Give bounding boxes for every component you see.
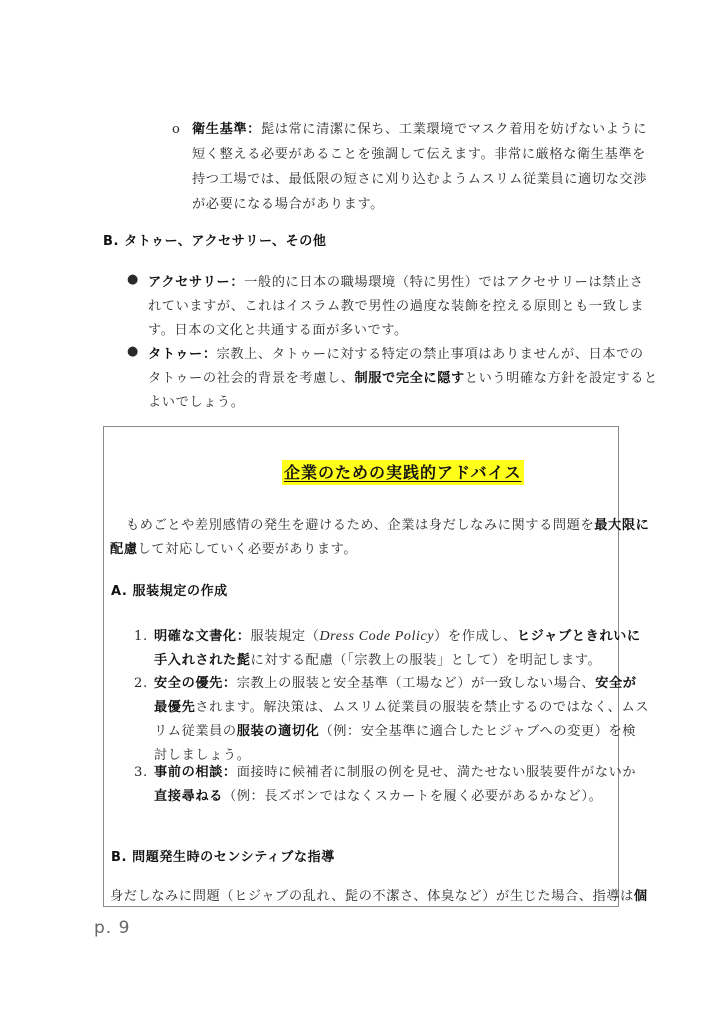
tattoo-line-2: タトゥーの社会的背景を考慮し、制服で完全に隠すという明確な方針を設定すると xyxy=(148,367,658,391)
italic-text: Dress Code Policy xyxy=(319,629,434,644)
emphasis: 最優先 xyxy=(154,700,195,715)
advice-section-b-line: 身だしなみに問題（ヒジャブの乱れ、髭の不潔さ、体臭など）が生じた場合、指導は個 xyxy=(110,885,648,909)
accessory-line-1: アクセサリー：一般的に日本の職場環境（特に男性）ではアクセサリーは禁止さ xyxy=(148,271,644,295)
item-label: 事前の相談： xyxy=(154,765,237,780)
item-1-line-2: 手入れされた髭に対する配慮（「宗教上の服装」として）を明記します。 xyxy=(154,649,601,673)
emphasis: 直接尋ねる xyxy=(154,789,223,804)
item-2-line-1: 安全の優先：宗教上の服装と安全基準（工場など）が一致しない場合、安全が xyxy=(154,672,637,696)
text: されます。解決策は、ムスリム従業員の服装を禁止するのではなく、ムス xyxy=(195,700,649,715)
emphasis: 手入れされた髭 xyxy=(154,653,251,668)
hollow-bullet-icon: o xyxy=(172,122,180,137)
emphasis: 配慮 xyxy=(110,542,138,557)
accessory-line-2: れていますが、これはイスラム教で男性の過度な装飾を控える原則とも一致しま xyxy=(148,295,644,319)
hygiene-line-4: が必要になる場合があります。 xyxy=(192,193,384,217)
item-label: 安全の優先： xyxy=(154,676,237,691)
text: 服装規定（ xyxy=(251,629,320,644)
accessory-label: アクセサリー： xyxy=(148,275,244,290)
text: （例：長ズボンではなくスカートを履く必要があるかなど）。 xyxy=(223,789,602,804)
text: タトゥーの社会的背景を考慮し、 xyxy=(148,371,354,386)
item-1-number: 1. xyxy=(134,625,148,649)
text: ）を作成し、 xyxy=(434,629,517,644)
text: 一般的に日本の職場環境（特に男性）ではアクセサリーは禁止さ xyxy=(244,275,643,290)
text: もめごとや差別感情の発生を避けるため、企業は身だしなみに関する問題を xyxy=(126,518,594,533)
advice-intro-line-1: もめごとや差別感情の発生を避けるため、企業は身だしなみに関する問題を最大限に xyxy=(126,514,649,538)
item-3-line-2: 直接尋ねる（例：長ズボンではなくスカートを履く必要があるかなど）。 xyxy=(154,785,602,809)
item-2-line-3: リム従業員の服装の適切化（例：安全基準に適合したヒジャブへの変更）を検 xyxy=(154,720,636,744)
text: リム従業員の xyxy=(154,724,237,739)
tattoo-line-1: タトゥー：宗教上、タトゥーに対する特定の禁止事項はありませんが、日本での xyxy=(148,343,644,367)
bullet-icon: ● xyxy=(127,344,138,359)
item-2-number: 2. xyxy=(134,672,148,696)
text: 面接時に候補者に制服の例を見せ、満たせない服装要件がないか xyxy=(237,765,636,780)
hygiene-line-1: 衛生基準：髭は常に清潔に保ち、工業環境でマスク着用を妨げないように xyxy=(192,118,647,142)
item-label: 明確な文書化： xyxy=(154,629,251,644)
text: して対応していく必要があります。 xyxy=(138,542,358,557)
advice-box-title: 企業のための実践的アドバイス xyxy=(282,460,524,485)
section-b-heading: B. タトゥー、アクセサリー、その他 xyxy=(103,230,326,254)
text: 身だしなみに問題（ヒジャブの乱れ、髭の不潔さ、体臭など）が生じた場合、指導は xyxy=(110,889,634,904)
item-2-line-2: 最優先されます。解決策は、ムスリム従業員の服装を禁止するのではなく、ムス xyxy=(154,696,649,720)
bullet-icon: ● xyxy=(127,272,138,287)
text: 宗教上の服装と安全基準（工場など）が一致しない場合、 xyxy=(237,676,595,691)
advice-section-b-heading: B. 問題発生時のセンシティブな指導 xyxy=(111,846,335,870)
hygiene-line-2: 短く整える必要があることを強調して伝えます。非常に厳格な衛生基準を xyxy=(192,143,646,167)
text: （例：安全基準に適合したヒジャブへの変更）を検 xyxy=(319,724,636,739)
tattoo-line-3: よいでしょう。 xyxy=(148,391,245,415)
advice-intro-line-2: 配慮して対応していく必要があります。 xyxy=(110,538,357,562)
tattoo-label: タトゥー： xyxy=(148,347,217,362)
advice-section-a-heading: A. 服装規定の作成 xyxy=(111,580,228,604)
emphasis: 服装の適切化 xyxy=(237,724,320,739)
emphasis: 個 xyxy=(634,889,648,904)
text: に対する配慮（「宗教上の服装」として）を明記します。 xyxy=(251,653,602,668)
page-number: p. 9 xyxy=(94,918,130,938)
item-1-line-1: 明確な文書化：服装規定（Dress Code Policy）を作成し、ヒジャブと… xyxy=(154,625,641,649)
emphasis: ヒジャブときれいに xyxy=(517,629,641,644)
item-3-number: 3. xyxy=(134,761,148,785)
text: 髭は常に清潔に保ち、工業環境でマスク着用を妨げないように xyxy=(261,122,647,137)
emphasis: 制服で完全に隠す xyxy=(354,371,464,386)
emphasis: 安全が xyxy=(595,676,636,691)
item-3-line-1: 事前の相談：面接時に候補者に制服の例を見せ、満たせない服装要件がないか xyxy=(154,761,636,785)
hygiene-label: 衛生基準： xyxy=(192,122,261,137)
text: 宗教上、タトゥーに対する特定の禁止事項はありませんが、日本での xyxy=(217,347,644,362)
accessory-line-3: す。日本の文化と共通する面が多いです。 xyxy=(148,319,408,343)
text: という明確な方針を設定すると xyxy=(465,371,658,386)
hygiene-line-3: 持つ工場では、最低限の短さに刈り込むようムスリム従業員に適切な交渉 xyxy=(192,168,647,192)
emphasis: 最大限に xyxy=(594,518,649,533)
